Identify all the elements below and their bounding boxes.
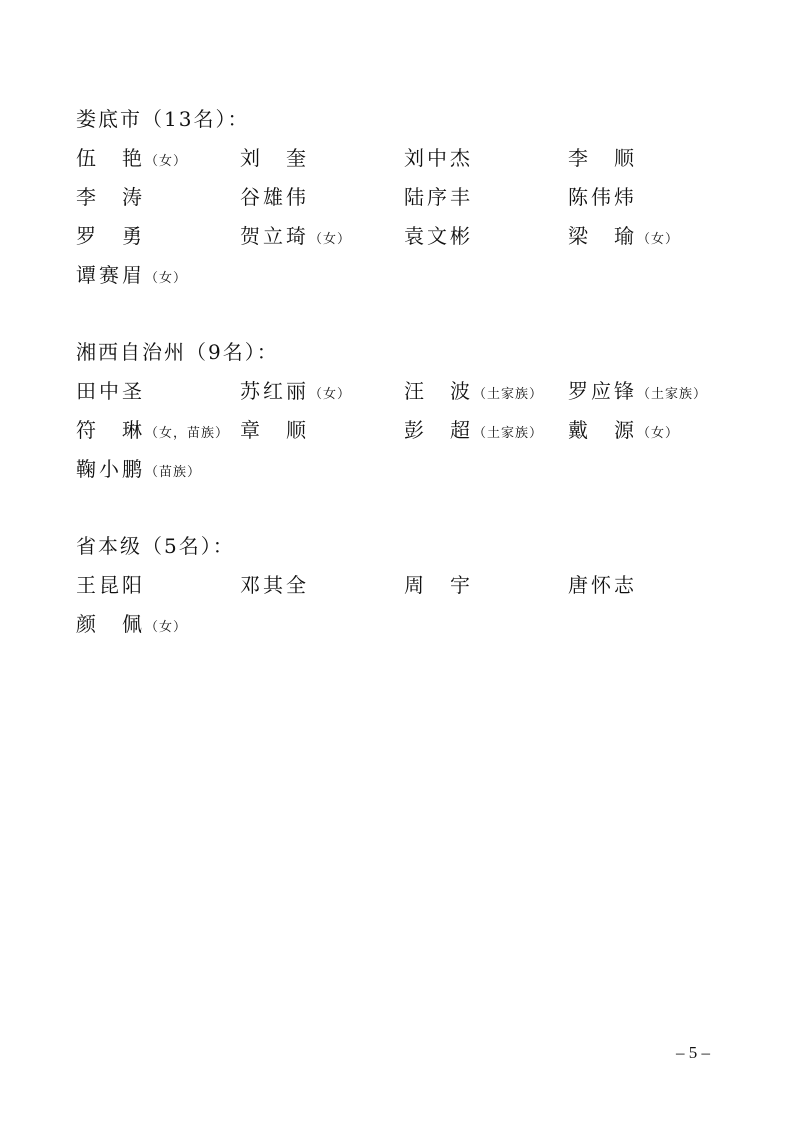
name-entry: 谷雄伟	[240, 178, 309, 220]
name-entry: 汪 波（土家族）	[404, 372, 543, 414]
name-entry: 颜 佩（女）	[76, 605, 187, 647]
name-entry: 戴 源（女）	[568, 411, 679, 453]
document-page: 娄底市（13名）： 伍 艳（女） 刘 奎 刘中杰 李 顺 李 涛 谷雄伟 陆序丰…	[0, 0, 794, 1123]
page-number: – 5 –	[676, 1043, 710, 1063]
name-entry: 苏红丽（女）	[240, 372, 351, 414]
name-row: 李 涛 谷雄伟 陆序丰 陈伟炜	[76, 178, 756, 217]
name-entry: 梁 瑜（女）	[568, 217, 679, 259]
name-entry: 袁文彬	[404, 217, 473, 259]
name-entry: 王昆阳	[76, 566, 145, 608]
name-entry: 李 顺	[568, 139, 637, 181]
section-heading: 湘西自治州（9名）：	[76, 333, 756, 372]
section-heading: 娄底市（13名）：	[76, 100, 756, 139]
name-entry: 邓其全	[240, 566, 309, 608]
name-row: 田中圣 苏红丽（女） 汪 波（土家族） 罗应锋（土家族）	[76, 372, 756, 411]
section-heading: 省本级（5名）：	[76, 527, 756, 566]
section-xiangxi: 湘西自治州（9名）： 田中圣 苏红丽（女） 汪 波（土家族） 罗应锋（土家族） …	[76, 333, 756, 489]
name-row: 谭赛眉（女）	[76, 256, 756, 295]
name-entry: 贺立琦（女）	[240, 217, 351, 259]
name-entry: 陆序丰	[404, 178, 473, 220]
name-entry: 章 顺	[240, 411, 309, 453]
name-row: 伍 艳（女） 刘 奎 刘中杰 李 顺	[76, 139, 756, 178]
name-entry: 鞠小鹏（苗族）	[76, 450, 201, 492]
name-row: 罗 勇 贺立琦（女） 袁文彬 梁 瑜（女）	[76, 217, 756, 256]
name-entry: 罗 勇	[76, 217, 145, 259]
name-row: 王昆阳 邓其全 周 宇 唐怀志	[76, 566, 756, 605]
name-entry: 彭 超（土家族）	[404, 411, 543, 453]
name-entry: 罗应锋（土家族）	[568, 372, 707, 414]
name-entry: 周 宇	[404, 566, 473, 608]
name-row: 鞠小鹏（苗族）	[76, 450, 756, 489]
name-row: 颜 佩（女）	[76, 605, 756, 644]
name-entry: 李 涛	[76, 178, 145, 220]
name-entry: 陈伟炜	[568, 178, 637, 220]
section-provincial: 省本级（5名）： 王昆阳 邓其全 周 宇 唐怀志 颜 佩（女）	[76, 527, 756, 644]
name-row: 符 琳（女，苗族） 章 顺 彭 超（土家族） 戴 源（女）	[76, 411, 756, 450]
name-entry: 田中圣	[76, 372, 145, 414]
name-entry: 符 琳（女，苗族）	[76, 411, 229, 453]
name-entry: 刘 奎	[240, 139, 309, 181]
section-loudi: 娄底市（13名）： 伍 艳（女） 刘 奎 刘中杰 李 顺 李 涛 谷雄伟 陆序丰…	[76, 100, 756, 295]
name-entry: 刘中杰	[404, 139, 473, 181]
name-entry: 唐怀志	[568, 566, 637, 608]
name-entry: 谭赛眉（女）	[76, 256, 187, 298]
name-entry: 伍 艳（女）	[76, 139, 187, 181]
